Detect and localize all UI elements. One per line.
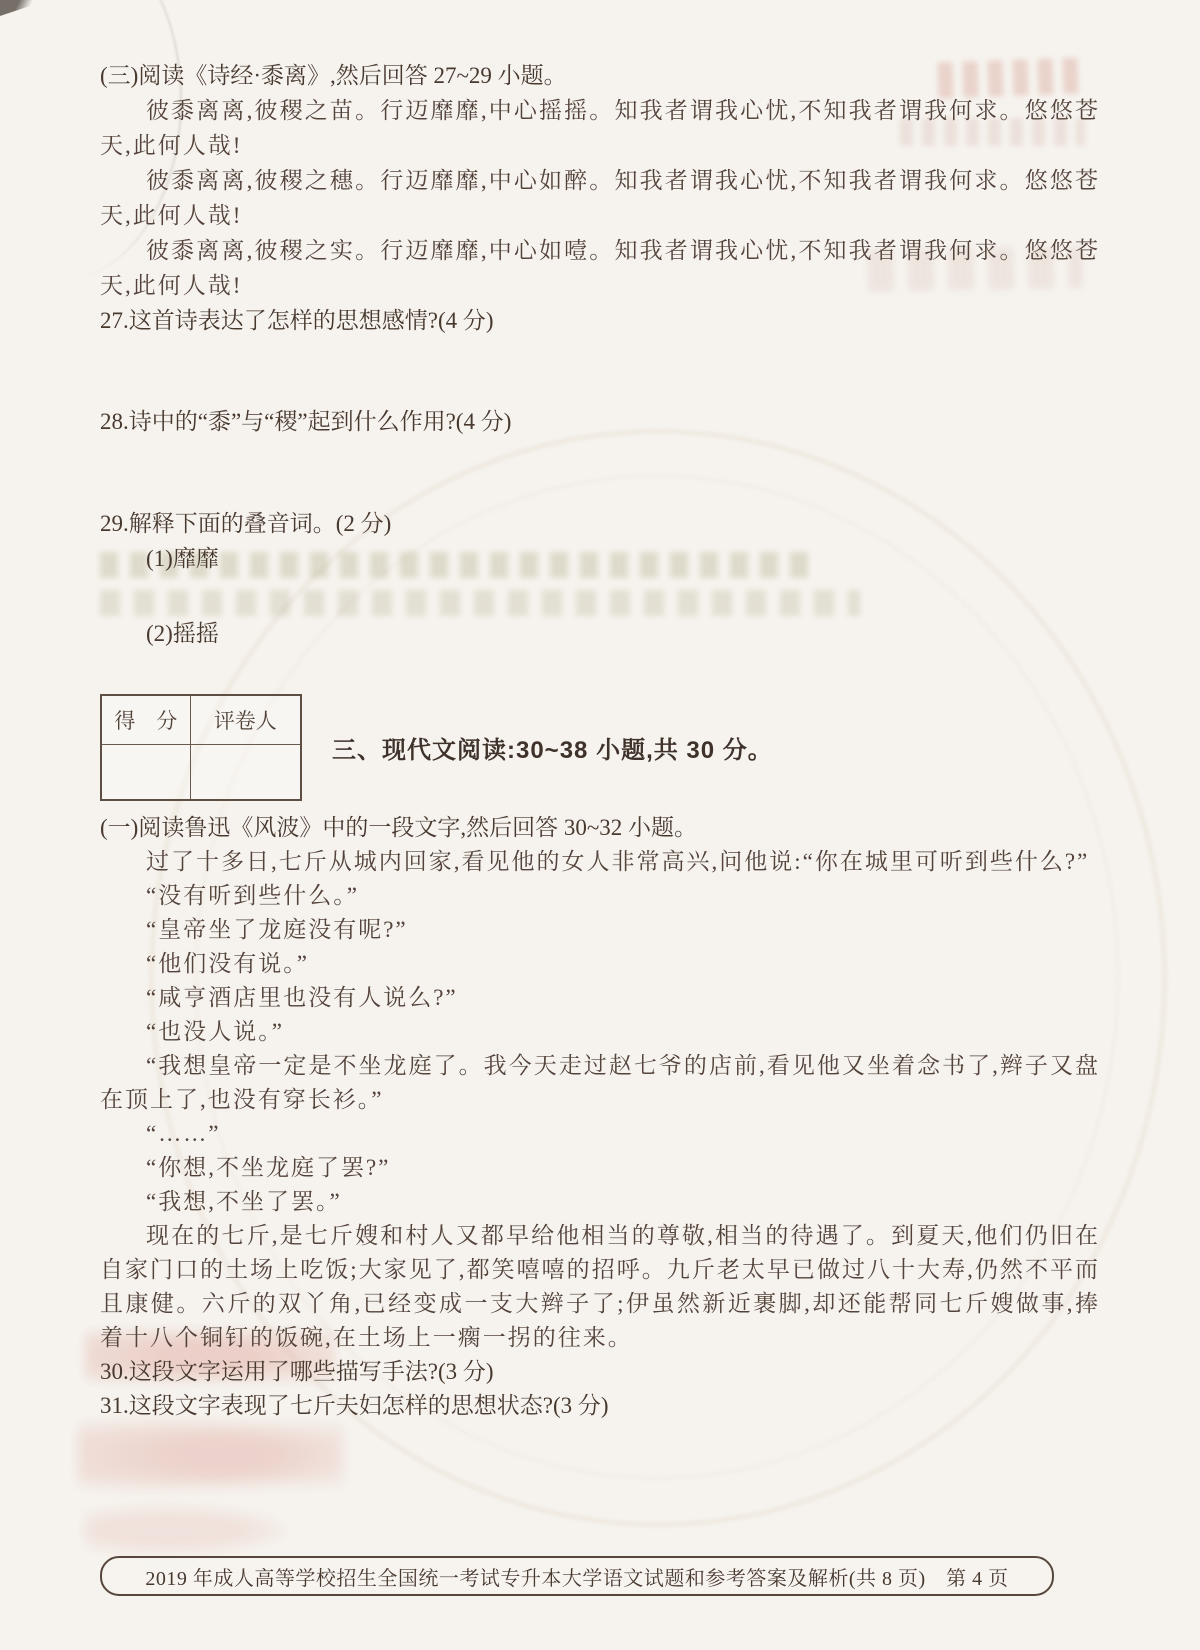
- grader-label: 评卷人: [190, 695, 301, 745]
- scanned-exam-page: (三)阅读《诗经·黍离》,然后回答 27~29 小题。 彼黍离离,彼稷之苗。行迈…: [0, 0, 1200, 1650]
- question-27: 27.这首诗表达了怎样的思想感情?(4 分): [100, 303, 1100, 338]
- excerpt-paragraph-10: “我想,不坐了罢。”: [100, 1185, 1100, 1219]
- score-box-row: 得 分 评卷人 三、现代文阅读:30~38 小题,共 30 分。: [100, 694, 1100, 801]
- excerpt-paragraph-5: “咸亨酒店里也没有人说么?”: [100, 981, 1100, 1015]
- modern-section-intro: (一)阅读鲁迅《风波》中的一段文字,然后回答 30~32 小题。: [100, 811, 1100, 845]
- excerpt-paragraph-2: “没有听到些什么。”: [100, 879, 1100, 913]
- excerpt-paragraph-6: “也没人说。”: [100, 1015, 1100, 1049]
- poem-section-heading: (三)阅读《诗经·黍离》,然后回答 27~29 小题。: [100, 58, 1100, 93]
- excerpt-paragraph-3: “皇帝坐了龙庭没有呢?”: [100, 913, 1100, 947]
- fengbo-excerpt: 过了十多日,七斤从城内回家,看见他的女人非常高兴,问他说:“你在城里可听到些什么…: [100, 845, 1100, 1355]
- question-29-item-2: (2)摇摇: [100, 616, 1100, 651]
- question-31: 31.这段文字表现了七斤夫妇怎样的思想状态?(3 分): [100, 1389, 1100, 1423]
- score-box: 得 分 评卷人: [100, 694, 302, 801]
- excerpt-paragraph-1: 过了十多日,七斤从城内回家,看见他的女人非常高兴,问他说:“你在城里可听到些什么…: [100, 845, 1100, 879]
- excerpt-paragraph-9: “你想,不坐龙庭了罢?”: [100, 1151, 1100, 1185]
- question-30: 30.这段文字运用了哪些描写手法?(3 分): [100, 1355, 1100, 1389]
- excerpt-paragraph-7: “我想皇帝一定是不坐龙庭了。我今天走过赵七爷的店前,看见他又坐着念书了,辫子又盘…: [100, 1049, 1100, 1117]
- poem-stanza-3: 彼黍离离,彼稷之实。行迈靡靡,中心如噎。知我者谓我心忧,不知我者谓我何求。悠悠苍…: [100, 233, 1100, 303]
- grader-cell-empty: [190, 745, 301, 801]
- excerpt-paragraph-8: “……”: [100, 1117, 1100, 1151]
- score-cell-empty: [101, 745, 190, 801]
- bleedthrough-bottom-left-3: [85, 1505, 290, 1555]
- poem-stanza-1: 彼黍离离,彼稷之苗。行迈靡靡,中心摇摇。知我者谓我心忧,不知我者谓我何求。悠悠苍…: [100, 93, 1100, 163]
- section-title-modern-reading: 三、现代文阅读:30~38 小题,共 30 分。: [332, 730, 773, 765]
- question-28: 28.诗中的“黍”与“稷”起到什么作用?(4 分): [100, 404, 1100, 439]
- page-content: (三)阅读《诗经·黍离》,然后回答 27~29 小题。 彼黍离离,彼稷之苗。行迈…: [100, 58, 1100, 1423]
- bleedthrough-bottom-left-2: [78, 1418, 343, 1492]
- footer-text: 2019 年成人高等学校招生全国统一考试专升本大学语文试题和参考答案及解析(共 …: [145, 1562, 1008, 1591]
- page-footer: 2019 年成人高等学校招生全国统一考试专升本大学语文试题和参考答案及解析(共 …: [100, 1556, 1054, 1596]
- question-29-item-1: (1)靡靡: [100, 541, 1100, 576]
- scan-corner-mark: [0, 0, 48, 16]
- excerpt-paragraph-4: “他们没有说。”: [100, 947, 1100, 981]
- poem-stanza-2: 彼黍离离,彼稷之穗。行迈靡靡,中心如醉。知我者谓我心忧,不知我者谓我何求。悠悠苍…: [100, 163, 1100, 233]
- excerpt-paragraph-11: 现在的七斤,是七斤嫂和村人又都早给他相当的尊敬,相当的待遇了。到夏天,他们仍旧在…: [100, 1219, 1100, 1355]
- score-label: 得 分: [101, 695, 190, 745]
- question-29: 29.解释下面的叠音词。(2 分): [100, 506, 1100, 541]
